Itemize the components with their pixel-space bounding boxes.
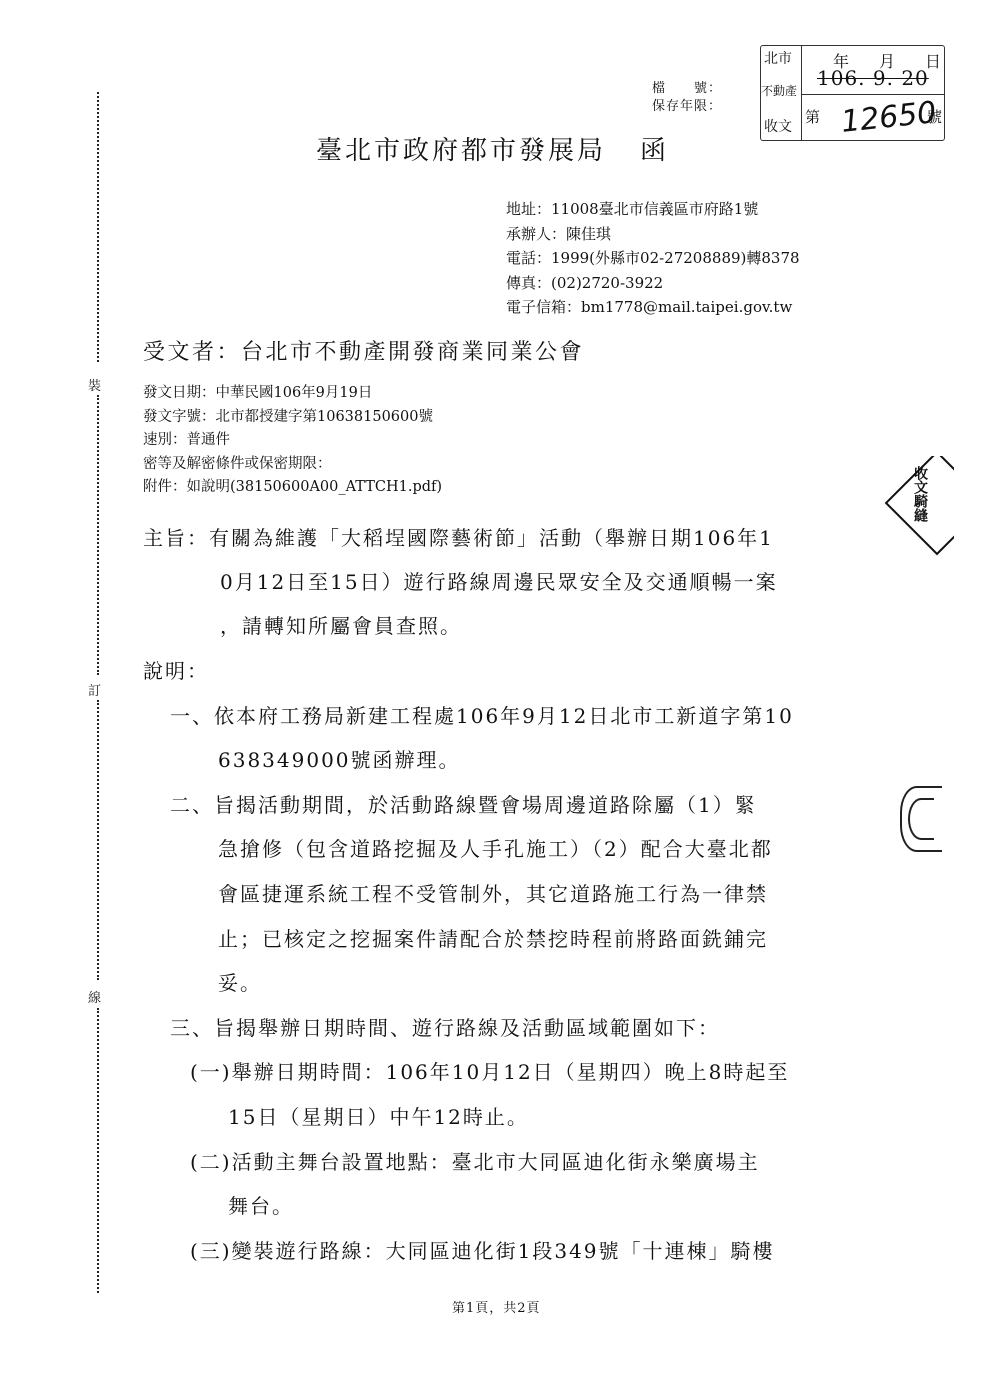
subject-line-2: 0月12日至15日）遊行路線周邊民眾安全及交通順暢一案 <box>220 566 778 595</box>
document-type: 函 <box>640 136 669 166</box>
stamp-number-value: 12650 <box>839 95 938 140</box>
stamp-org-column: 北市 不動產 收文 <box>761 46 802 140</box>
contact-block: 地址：11008臺北市信義區市府路1號 承辦人：陳佳琪 電話：1999(外縣市0… <box>506 197 800 320</box>
subject-line-3: ，請轉知所屬會員查照。 <box>220 610 462 639</box>
urgency: 速別：普通件 <box>143 429 442 453</box>
subitem-2-line-2: 舞台。 <box>228 1190 294 1219</box>
binding-line-middle-1 <box>97 395 99 675</box>
issue-doc-number: 發文字號：北市都授建字第10638150600號 <box>143 406 442 430</box>
document-title: 臺北市政府都市發展局函 <box>316 130 669 167</box>
email: 電子信箱：bm1778@mail.taipei.gov.tw <box>506 295 800 320</box>
stamp-org-line-1: 北市 <box>764 48 792 68</box>
explanation-item-2-line-5: 妥。 <box>218 967 262 996</box>
explanation-item-2-line-4: 止；已核定之挖掘案件請配合於禁挖時程前將路面銑鋪完 <box>218 923 768 952</box>
explanation-item-1-line-2: 638349000號函辦理。 <box>218 744 461 773</box>
issuance-block: 發文日期：中華民國106年9月19日 發文字號：北市都授建字第106381506… <box>143 382 442 500</box>
phone: 電話：1999(外縣市02-27208889)轉8378 <box>506 246 800 271</box>
binding-label-zhuang: 裝 <box>88 375 101 394</box>
binding-line-top <box>97 92 99 362</box>
file-number-label: 檔 號： <box>652 80 722 98</box>
binding-label-xian: 線 <box>88 987 101 1006</box>
recipient: 受文者：台北市不動產開發商業同業公會 <box>143 335 584 366</box>
issue-date: 發文日期：中華民國106年9月19日 <box>143 382 442 406</box>
seal-fragment-swirl <box>900 786 942 852</box>
page-number: 第1頁，共2頁 <box>452 1297 541 1316</box>
explanation-item-1-line-1: 一、依本府工務局新建工程處106年9月12日北市工新道字第10 <box>170 700 794 729</box>
retention-period-label: 保存年限： <box>652 98 722 116</box>
subitem-3-line-1: (三)變裝遊行路線：大同區迪化街1段349號「十連棟」騎樓 <box>190 1235 775 1264</box>
stamp-org-line-3: 收文 <box>764 116 792 136</box>
file-meta: 檔 號： 保存年限： <box>652 80 722 116</box>
confidentiality: 密等及解密條件或保密期限： <box>143 453 442 477</box>
subitem-1-line-1: (一)舉辦日期時間：106年10月12日（星期四）晚上8時起至 <box>190 1056 789 1085</box>
agency-name: 臺北市政府都市發展局 <box>316 136 606 166</box>
receipt-stamp: 北市 不動產 收文 年 月 日 106. 9. 20 第 12650 號 <box>760 45 945 141</box>
seal-fragment-diamond: 收文騎縫 <box>884 456 954 556</box>
subject-line-1: 主旨：有關為維護「大稻埕國際藝術節」活動（舉辦日期106年1 <box>143 522 774 551</box>
stamp-number-prefix: 第 <box>805 106 820 127</box>
explanation-item-2-line-3: 會區捷運系統工程不受管制外，其它道路施工行為一律禁 <box>218 878 768 907</box>
address: 地址：11008臺北市信義區市府路1號 <box>506 197 800 222</box>
seal-diamond-text: 收文騎縫 <box>910 466 930 522</box>
handler: 承辦人：陳佳琪 <box>506 222 800 247</box>
subitem-1-line-2: 15日（星期日）中午12時止。 <box>228 1101 529 1130</box>
stamp-number-suffix: 號 <box>927 106 942 127</box>
binding-label-ding: 訂 <box>88 680 101 699</box>
explanation-item-3-line-1: 三、旨揭舉辦日期時間、遊行路線及活動區域範圍如下： <box>170 1012 720 1041</box>
explanation-item-2-line-1: 二、旨揭活動期間，於活動路線暨會場周邊道路除屬（1）緊 <box>170 789 757 818</box>
attachment: 附件：如說明(38150600A00_ATTCH1.pdf) <box>143 476 442 500</box>
fax: 傳真：(02)2720-3922 <box>506 271 800 296</box>
subitem-2-line-1: (二)活動主舞台設置地點：臺北市大同區迪化街永樂廣場主 <box>190 1146 760 1175</box>
stamp-org-line-2: 不動產 <box>761 82 797 99</box>
binding-line-middle-2 <box>97 700 99 980</box>
stamp-date-value: 106. 9. 20 <box>817 66 929 90</box>
explanation-heading: 說明： <box>143 655 209 684</box>
explanation-item-2-line-2: 急搶修（包含道路挖掘及人手孔施工）（2）配合大臺北都 <box>218 833 773 862</box>
binding-line-bottom <box>97 1008 99 1293</box>
stamp-divider <box>801 94 944 95</box>
